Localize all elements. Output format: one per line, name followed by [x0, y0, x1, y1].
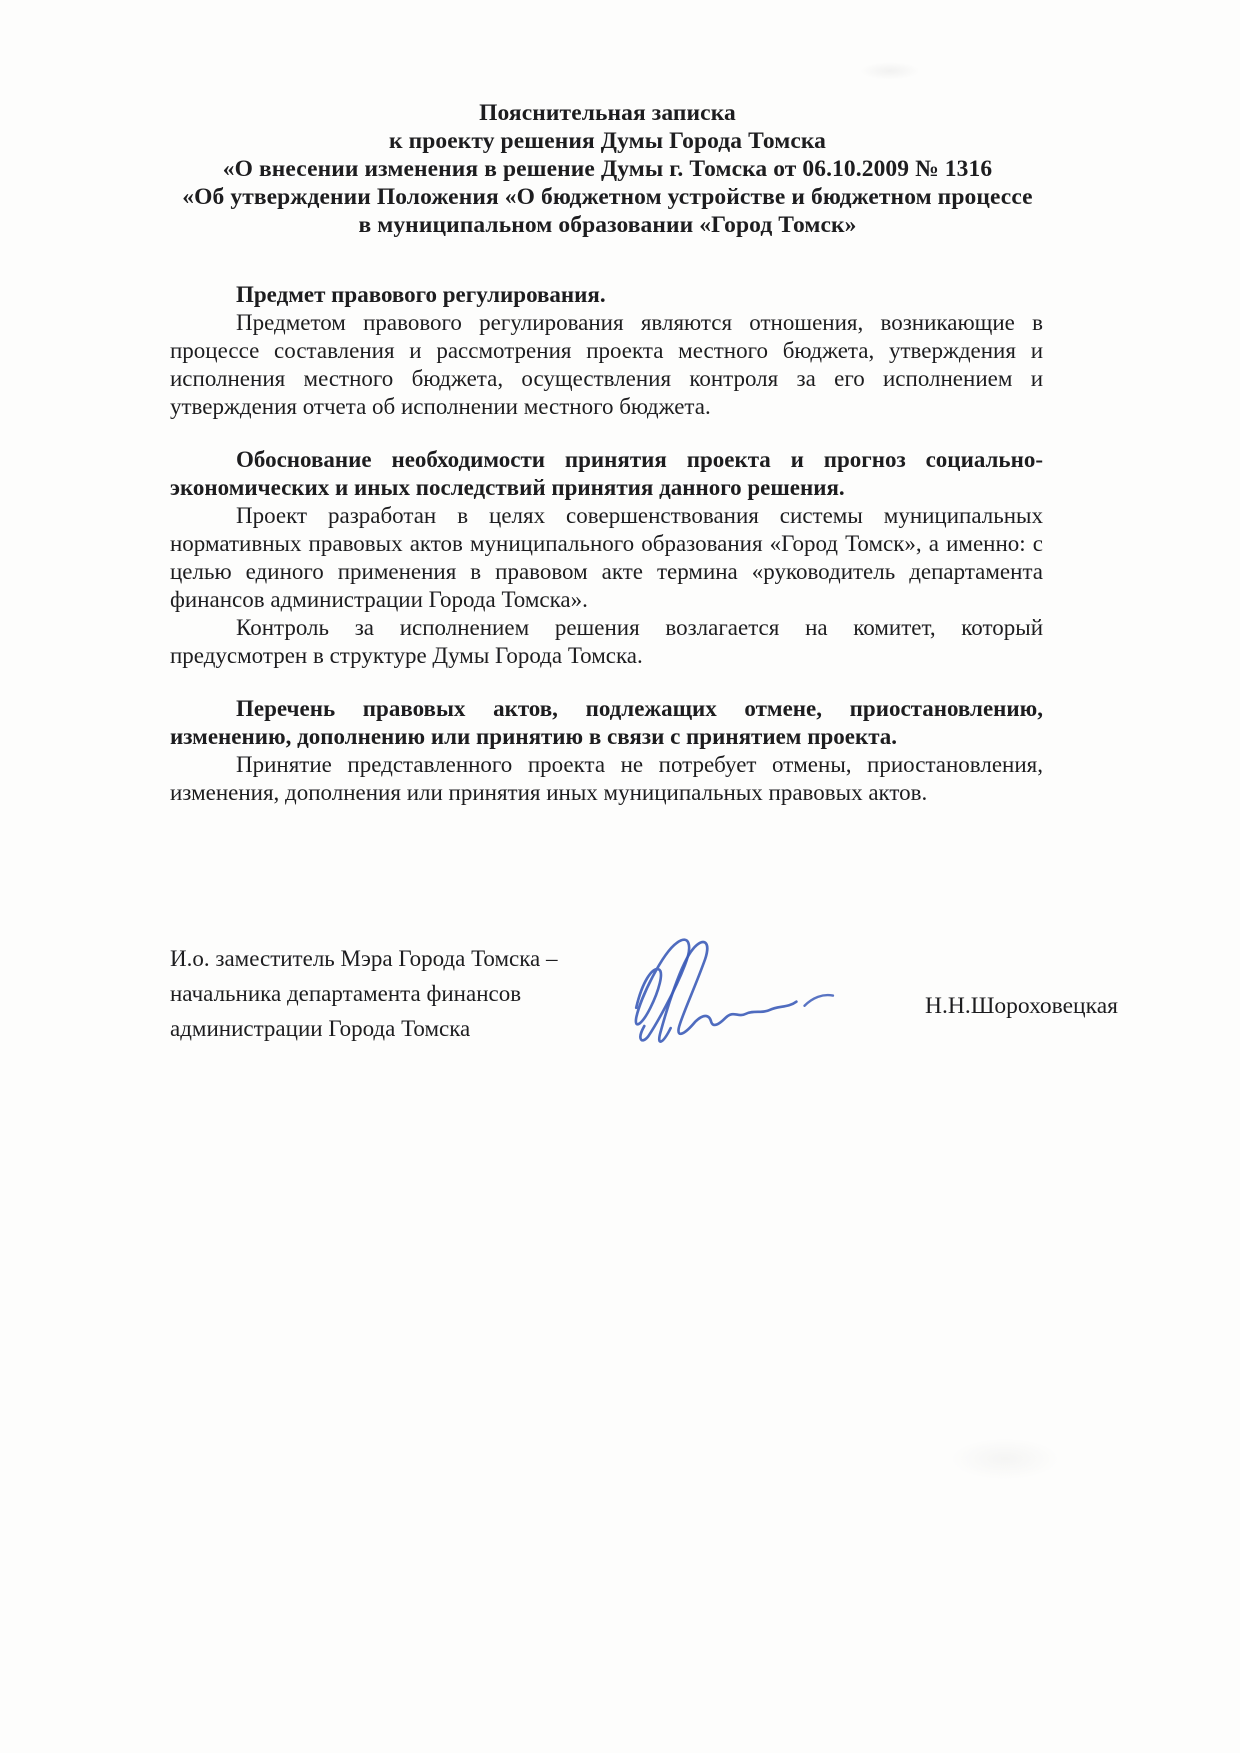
signatory-position: И.о. заместитель Мэра Города Томска – на…: [170, 941, 558, 1046]
scan-artifact: [860, 62, 920, 80]
title-line-4: «Об утверждении Положения «О бюджетном у…: [150, 183, 1065, 211]
document-page: Пояснительная записка к проекту решения …: [0, 0, 1240, 1753]
signatory-name: Н.Н.Шороховецкая: [925, 993, 1118, 1020]
title-line-3: «О внесении изменения в решение Думы г. …: [150, 155, 1065, 183]
signature-ink: [622, 928, 840, 1046]
section-acts-list-heading: Перечень правовых актов, подлежащих отме…: [170, 695, 1043, 751]
section-subject-heading: Предмет правового регулирования.: [170, 281, 1043, 309]
section-justification-paragraph-2: Контроль за исполнением решения возлагае…: [170, 614, 1043, 670]
signatory-position-line-1: И.о. заместитель Мэра Города Томска –: [170, 941, 558, 976]
title-line-1: Пояснительная записка: [150, 99, 1065, 127]
scan-artifact: [950, 1438, 1060, 1480]
section-justification-paragraph-1: Проект разработан в целях совершенствова…: [170, 502, 1043, 614]
title-line-2: к проекту решения Думы Города Томска: [150, 127, 1065, 155]
document-title: Пояснительная записка к проекту решения …: [150, 99, 1065, 239]
document-body: Предмет правового регулирования. Предмет…: [170, 281, 1043, 807]
section-subject-paragraph: Предметом правового регулирования являют…: [170, 309, 1043, 421]
signatory-position-line-2: начальника департамента финансов: [170, 976, 558, 1011]
section-justification-heading: Обоснование необходимости принятия проек…: [170, 446, 1043, 502]
section-subject: Предмет правового регулирования. Предмет…: [170, 281, 1043, 421]
signature-stroke-2: [659, 942, 796, 1042]
signatory-position-line-3: администрации Города Томска: [170, 1011, 558, 1046]
title-line-5: в муниципальном образовании «Город Томск…: [150, 211, 1065, 239]
section-acts-list: Перечень правовых актов, подлежащих отме…: [170, 695, 1043, 807]
section-acts-list-paragraph: Принятие представленного проекта не потр…: [170, 751, 1043, 807]
section-justification: Обоснование необходимости принятия проек…: [170, 446, 1043, 670]
signature-stroke-3: [805, 995, 833, 1006]
